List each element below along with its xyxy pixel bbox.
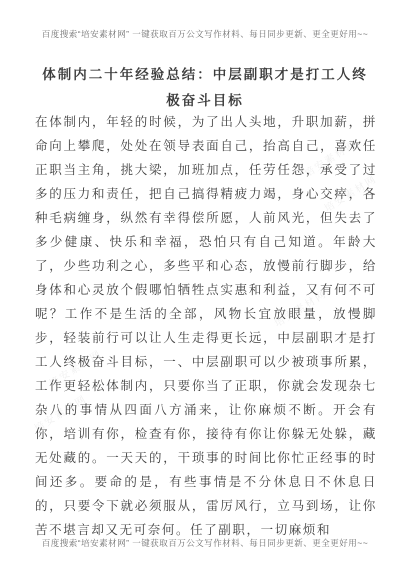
document-page: 百度搜索“培安素材网” 一键获取百万公文写作材料、每日同步更新、更全更好用~~ … [0,0,410,580]
document-body-paragraph: 在体制内，年轻的时候，为了出人头地，升职加薪，拼命向上攀爬，处处在领导表面自己，… [35,110,377,542]
footer-ad-banner: 百度搜索“培安素材网” 一键获取百万公文写作材料、每日同步更新、更全更好用~~ [20,537,390,549]
document-title: 体制内二十年经验总结：中层副职才是打工人终极奋斗目标 [40,62,370,114]
header-ad-banner: 百度搜索“培安素材网” 一键获取百万公文写作材料、每日同步更新、更全更好用~~ [20,28,390,40]
